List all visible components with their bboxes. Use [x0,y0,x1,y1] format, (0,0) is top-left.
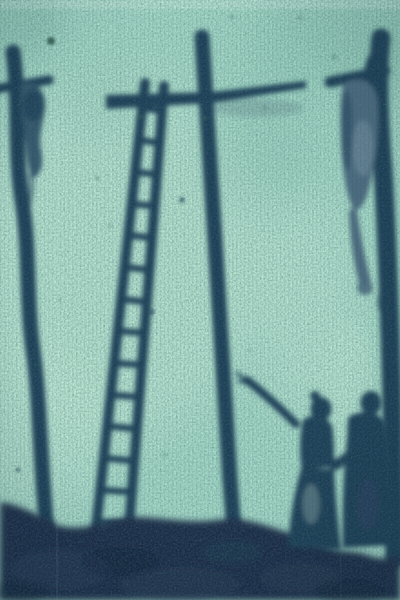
film-frame: Left cross with crucified body, partly c… [0,0,400,600]
film-still: Left cross with crucified body, partly c… [0,0,400,600]
vignette [0,0,400,600]
film-grain: Teal film grain, dust specks, vertical s… [0,0,400,600]
